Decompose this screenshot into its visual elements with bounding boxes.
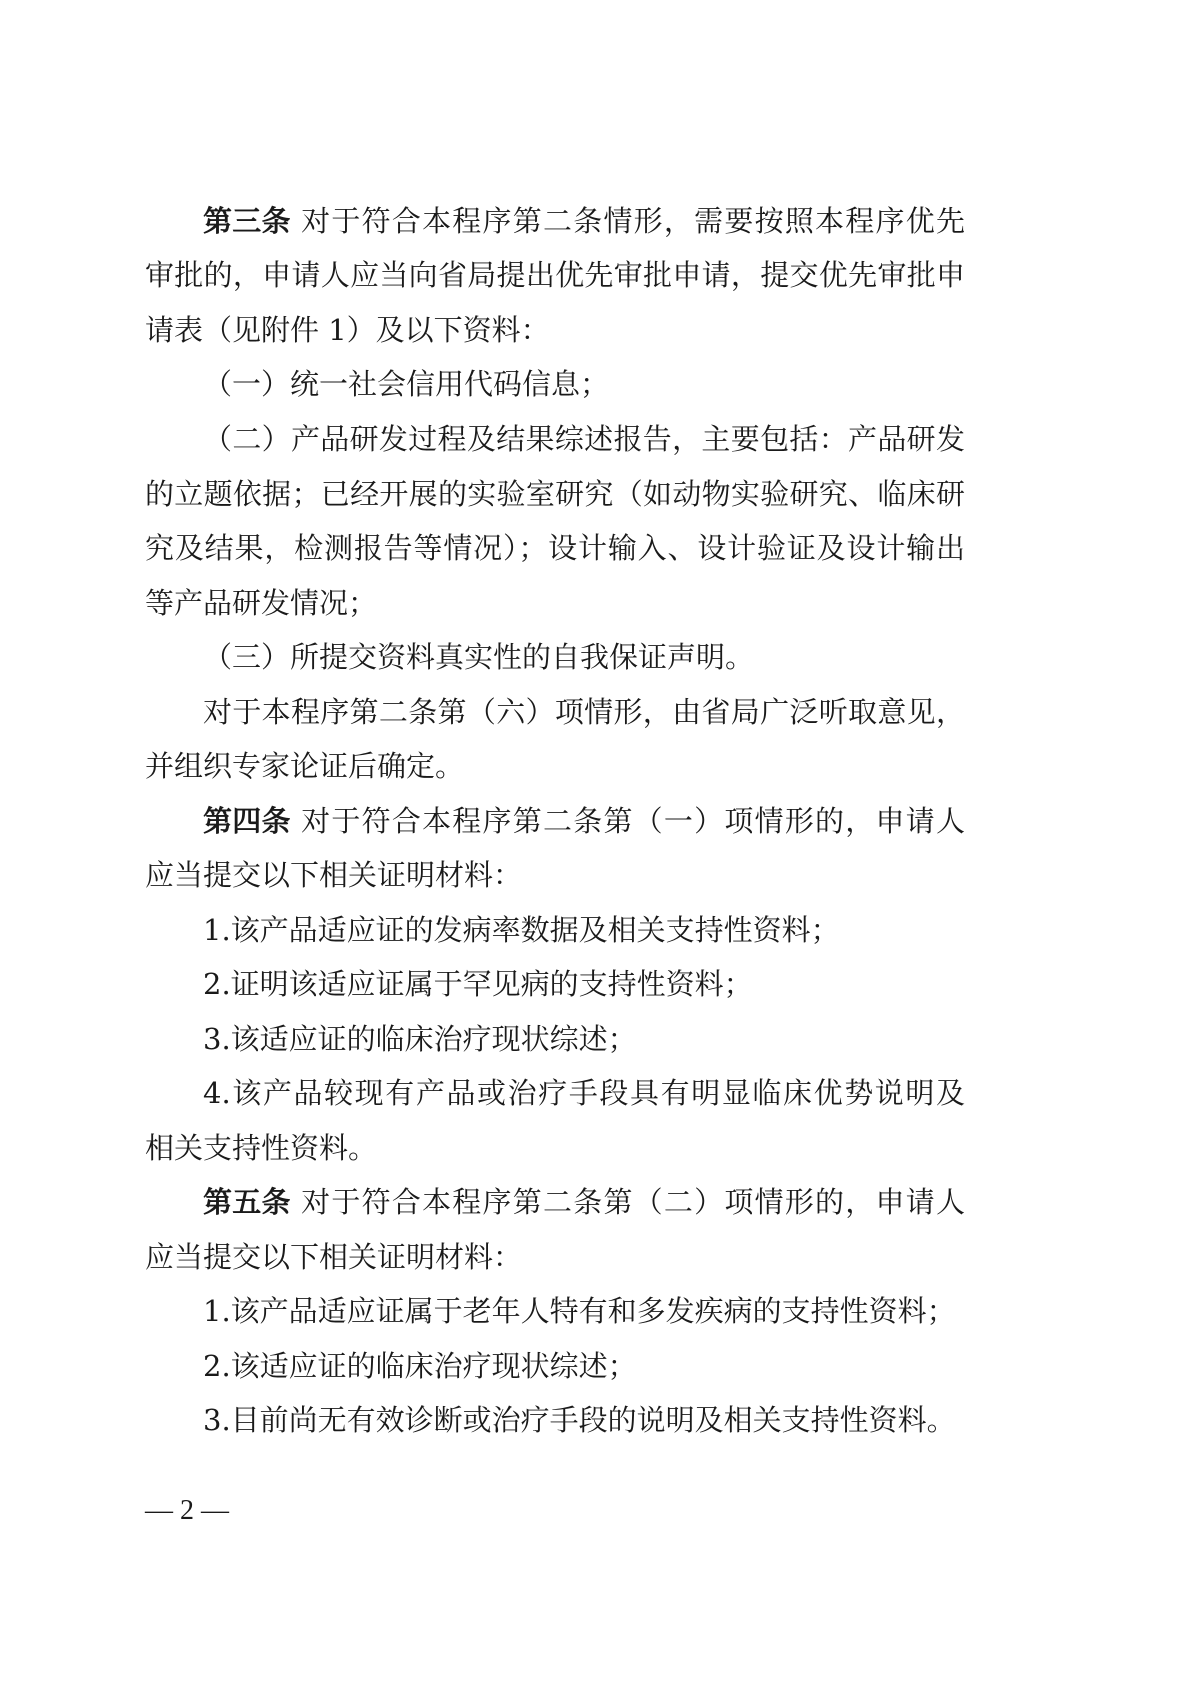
list-item: 1.该产品适应证属于老年人特有和多发疾病的支持性资料； [203, 1291, 965, 1331]
article-3-text: 对于符合本程序第二条情形，需要按照本程序优先 [291, 204, 965, 238]
paragraph-line: 的立题依据；已经开展的实验室研究（如动物实验研究、临床研 [145, 474, 965, 514]
list-item: 3.该适应证的临床治疗现状综述； [203, 1019, 965, 1059]
list-item: 3.目前尚无有效诊断或治疗手段的说明及相关支持性资料。 [203, 1400, 965, 1440]
paragraph-line: 相关支持性资料。 [145, 1128, 965, 1168]
list-item: 2.该适应证的临床治疗现状综述； [203, 1346, 965, 1386]
paragraph-line: 请表（见附件 1）及以下资料： [145, 310, 965, 350]
list-item: 1.该产品适应证的发病率数据及相关支持性资料； [203, 910, 965, 950]
article-3-label: 第三条 [203, 204, 291, 238]
list-item: （三）所提交资料真实性的自我保证声明。 [203, 637, 965, 677]
document-page: 第三条 对于符合本程序第二条情形，需要按照本程序优先 审批的，申请人应当向省局提… [0, 0, 1200, 1696]
paragraph-line: 审批的，申请人应当向省局提出优先审批申请，提交优先审批申 [145, 255, 965, 295]
article-3-heading-line: 第三条 对于符合本程序第二条情形，需要按照本程序优先 [203, 201, 965, 241]
article-4-text: 对于符合本程序第二条第（一）项情形的，申请人 [291, 804, 965, 838]
paragraph-line: 并组织专家论证后确定。 [145, 746, 965, 786]
paragraph-line: 应当提交以下相关证明材料： [145, 1237, 965, 1277]
article-5-text: 对于符合本程序第二条第（二）项情形的，申请人 [291, 1185, 965, 1219]
paragraph-line: 对于本程序第二条第（六）项情形，由省局广泛听取意见， [203, 692, 965, 732]
page-number: — 2 — [145, 1491, 229, 1531]
list-item: 2.证明该适应证属于罕见病的支持性资料； [203, 964, 965, 1004]
paragraph-line: 究及结果，检测报告等情况）；设计输入、设计验证及设计输出 [145, 528, 965, 568]
list-item: （二）产品研发过程及结果综述报告，主要包括：产品研发 [203, 419, 965, 459]
list-item: （一）统一社会信用代码信息； [203, 364, 965, 404]
article-5-label: 第五条 [203, 1185, 291, 1219]
article-4-heading-line: 第四条 对于符合本程序第二条第（一）项情形的，申请人 [203, 801, 965, 841]
paragraph-line: 等产品研发情况； [145, 583, 965, 623]
list-item: 4.该产品较现有产品或治疗手段具有明显临床优势说明及 [203, 1073, 965, 1113]
article-4-label: 第四条 [203, 804, 291, 838]
article-5-heading-line: 第五条 对于符合本程序第二条第（二）项情形的，申请人 [203, 1182, 965, 1222]
paragraph-line: 应当提交以下相关证明材料： [145, 855, 965, 895]
